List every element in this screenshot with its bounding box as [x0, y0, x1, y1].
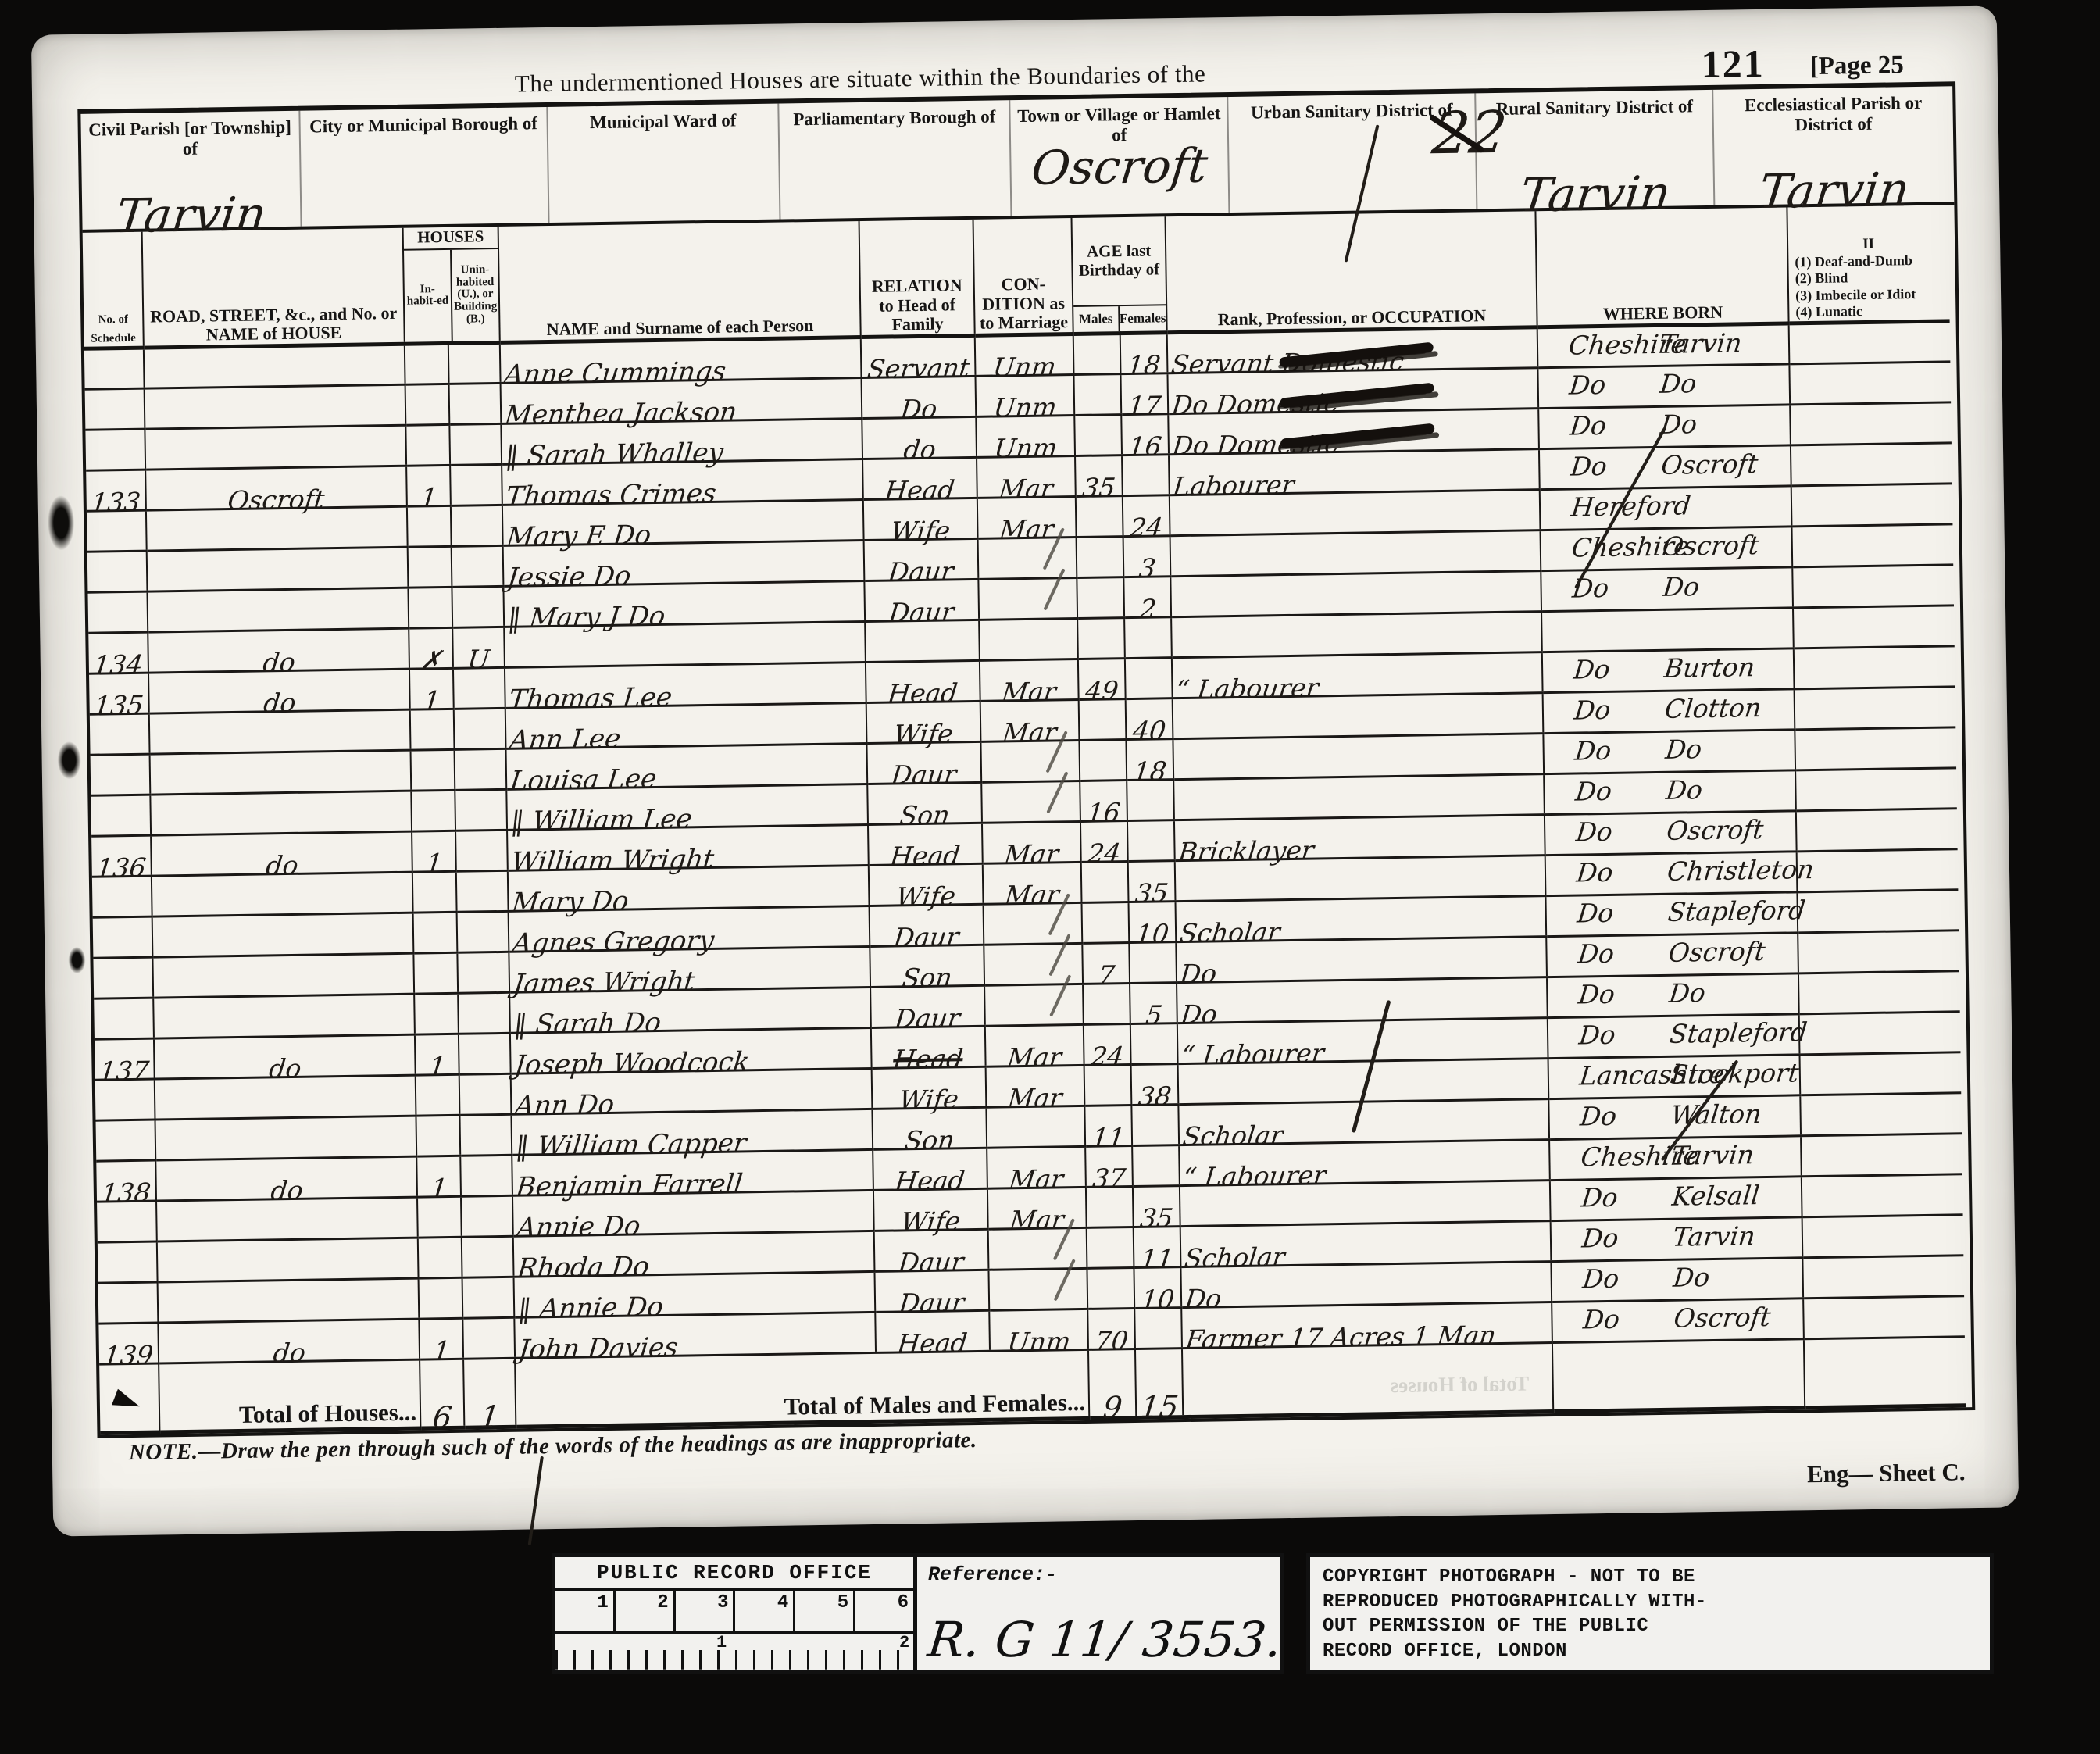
- cell-infirmity: [1792, 565, 1954, 608]
- cell-inhabited: [413, 912, 458, 953]
- totals-born-cell: [1552, 1339, 1805, 1412]
- header-houses-group: HOUSES In-habit-ed Unin-habited (U.), or…: [403, 227, 500, 344]
- town-village-value: Oscroft: [1009, 142, 1230, 192]
- born-county: Do: [1574, 861, 1615, 901]
- total-houses-inhabited: 6: [420, 1359, 464, 1428]
- cell-uninhabited: [455, 748, 507, 790]
- cell-schedule: [93, 957, 153, 998]
- header-name: NAME and Surname of each Person: [498, 221, 861, 342]
- reference-label: Reference:-: [917, 1557, 1280, 1586]
- cell-age-male: [1082, 902, 1130, 944]
- cell-age-male: [1079, 740, 1127, 781]
- cell-age-male: 11: [1084, 1106, 1132, 1147]
- cell-infirmity: [1794, 646, 1955, 689]
- ecclesiastical-parish-value: Tarvin: [1712, 166, 1956, 216]
- cell-road: [153, 994, 415, 1038]
- cell-occupation: [1171, 612, 1542, 658]
- census-table: No. of Schedule ROAD, STREET, &c., and N…: [83, 205, 1966, 1434]
- cell-uninhabited: [462, 1317, 515, 1359]
- born-county: Do: [1573, 820, 1614, 860]
- born-county: Do: [1573, 739, 1613, 779]
- cell-infirmity: [1800, 1052, 1962, 1095]
- cell-born: DoOscroft: [1552, 1299, 1804, 1343]
- born-place: Oscroft: [1671, 1306, 1772, 1346]
- header-infirmities: II (1) Deaf-and-Dumb (2) Blind (3) Imbec…: [1787, 205, 1949, 323]
- born-place: Oscroft: [1659, 534, 1760, 574]
- born-place: Oscroft: [1663, 818, 1764, 859]
- cell-born: Hereford: [1540, 486, 1792, 530]
- ruler-number: 1: [555, 1591, 616, 1631]
- cell-condition: Mar: [985, 1024, 1084, 1066]
- cell-uninhabited: [457, 952, 509, 993]
- header-females: Females: [1120, 305, 1166, 331]
- cell-age-male: 24: [1084, 1024, 1131, 1066]
- cell-inhabited: 1: [416, 1156, 461, 1197]
- ruler-sub-number: 1: [716, 1633, 727, 1652]
- cell-road: do: [151, 831, 412, 876]
- reference-box: Reference:- R. G 11/ 3553.: [917, 1553, 1284, 1674]
- cell-born: CheshireTarvin: [1537, 323, 1790, 368]
- cell-inhabited: 1: [415, 1034, 459, 1075]
- born-place: Christleton: [1664, 858, 1815, 899]
- cell-occupation: “ Labourer: [1172, 652, 1543, 698]
- pro-office-box: PUBLIC RECORD OFFICE 1 2 3 4 5 6 1 2: [552, 1553, 917, 1674]
- born-county: Do: [1567, 373, 1608, 413]
- cell-inhabited: [408, 546, 452, 588]
- born-place: Walton: [1668, 1102, 1762, 1143]
- cell-road: [147, 588, 409, 632]
- census-form: The undermentioned Houses are situate wi…: [77, 36, 1973, 1493]
- ink-blob: [68, 947, 86, 973]
- header-age-title: AGE last Birthday of: [1073, 216, 1166, 305]
- cell-infirmity: [1797, 890, 1959, 933]
- cell-road: [150, 750, 412, 795]
- cell-occupation: Scholar: [1180, 1221, 1552, 1267]
- ecclesiastical-parish-label: Ecclesiastical Parish or District of: [1714, 91, 1953, 137]
- district-header-band: Civil Parish [or Township] of Tarvin Cit…: [80, 86, 1954, 233]
- cell-inhabited: [405, 384, 450, 425]
- born-place: Do: [1666, 981, 1706, 1021]
- ruler-number: 2: [616, 1591, 676, 1631]
- cell-name: Anne Cummings: [500, 338, 862, 384]
- cell-inhabited: [414, 993, 459, 1034]
- born-county: Do: [1580, 1308, 1621, 1348]
- header-uninhabited: Unin-habited (U.), or Building (B.): [452, 248, 499, 341]
- form-border-box: Civil Parish [or Township] of Tarvin Cit…: [77, 81, 1975, 1438]
- cell-uninhabited: [458, 992, 510, 1034]
- pro-office-title: PUBLIC RECORD OFFICE: [555, 1557, 913, 1584]
- total-houses-label: Total of Houses...: [159, 1359, 420, 1432]
- born-place: Tarvin: [1670, 1224, 1756, 1265]
- ruler-number: 6: [855, 1591, 913, 1631]
- rural-sanitary-value: Tarvin: [1475, 170, 1716, 220]
- cell-occupation: Servant Domestic: [1167, 327, 1538, 373]
- cell-infirmity: [1790, 402, 1952, 445]
- cell-inhabited: [411, 749, 455, 791]
- cell-infirmity: [1801, 1134, 1962, 1177]
- cell-uninhabited: [456, 870, 509, 912]
- municipal-ward-cell: Municipal Ward of: [548, 104, 780, 223]
- cell-age-male: [1077, 618, 1125, 659]
- ruler-sub-number: 2: [899, 1633, 909, 1652]
- cell-age-female: 35: [1133, 1186, 1180, 1227]
- civil-parish-value: Tarvin: [80, 191, 302, 241]
- infirmity-item: (1) Deaf-and-Dumb: [1795, 252, 1945, 270]
- cell-road: [152, 953, 414, 998]
- cell-road: Oscroft: [145, 466, 407, 510]
- scanned-census-page: { "page": { "title": "The undermentioned…: [0, 0, 2100, 1754]
- cell-relation: Servant: [861, 335, 976, 377]
- born-county: Do: [1567, 414, 1608, 454]
- cell-born: DoStapleford: [1548, 1014, 1800, 1059]
- cell-road: [144, 344, 405, 388]
- cell-occupation: [1170, 530, 1541, 577]
- ink-blob: [57, 741, 81, 779]
- cell-occupation: Scholar: [1176, 896, 1547, 942]
- cell-age-female: 40: [1126, 698, 1173, 740]
- cell-schedule: 138: [96, 1160, 156, 1202]
- cell-schedule: [96, 1120, 156, 1161]
- cell-condition: Mar: [982, 821, 1081, 863]
- pro-stamp: PUBLIC RECORD OFFICE 1 2 3 4 5 6 1 2 Ref…: [552, 1553, 1994, 1674]
- born-place: Do: [1663, 778, 1704, 818]
- cell-age-male: [1087, 1268, 1134, 1309]
- cell-schedule: [85, 429, 145, 470]
- cell-schedule: [87, 591, 148, 633]
- municipal-ward-label: Municipal Ward of: [548, 109, 778, 134]
- cell-schedule: [84, 348, 145, 389]
- infirmity-title: II: [1791, 235, 1945, 254]
- cell-road: [145, 384, 406, 429]
- ruler-ticks: 1 2: [555, 1634, 913, 1670]
- pen-arrow-mark: [112, 1389, 143, 1415]
- cell-condition: Unm: [975, 334, 1074, 377]
- cell-occupation: “ Labourer: [1177, 1018, 1548, 1064]
- header-males: Males: [1073, 306, 1120, 332]
- cell-uninhabited: [460, 1155, 512, 1196]
- born-place: Do: [1660, 575, 1701, 615]
- born-county: Do: [1577, 1023, 1617, 1063]
- cell-condition: [988, 1268, 1087, 1310]
- cell-born: DoDo: [1543, 730, 1795, 774]
- born-place: Do: [1670, 1266, 1711, 1306]
- born-place: Tarvin: [1656, 331, 1743, 371]
- cell-name: Thomas Lee: [505, 663, 866, 709]
- born-county: Do: [1578, 1105, 1619, 1145]
- infirmity-item: (4) Lunatic: [1795, 302, 1946, 321]
- cell-uninhabited: [457, 911, 509, 952]
- born-place: Stapleford: [1665, 898, 1806, 940]
- header-where-born: WHERE BORN: [1535, 207, 1788, 327]
- born-place: Burton: [1661, 656, 1755, 696]
- cell-condition: Unm: [989, 1309, 1088, 1351]
- cell-uninhabited: [448, 342, 501, 384]
- cell-condition: [979, 618, 1078, 660]
- parliamentary-borough-cell: Parliamentary Borough of: [779, 100, 1012, 219]
- born-county: Do: [1575, 942, 1616, 982]
- cell-infirmity: [1789, 321, 1951, 364]
- cell-schedule: [85, 388, 145, 430]
- cell-age-male: 16: [1080, 781, 1127, 822]
- cell-born: DoDo: [1551, 1258, 1803, 1302]
- cell-occupation: [1170, 571, 1541, 617]
- cell-born: DoKelsall: [1550, 1177, 1802, 1221]
- cell-condition: [978, 577, 1077, 620]
- born-county: Do: [1580, 1267, 1621, 1307]
- cell-infirmity: [1795, 687, 1956, 730]
- cell-age-female: 18: [1120, 333, 1168, 374]
- cell-uninhabited: [454, 708, 506, 749]
- cell-age-female: 35: [1128, 861, 1176, 902]
- cell-age-female: 24: [1123, 495, 1170, 537]
- bleed-through-text: Total of Houses: [1390, 1372, 1529, 1399]
- cell-age-male: [1077, 577, 1124, 619]
- scanned-paper: The undermentioned Houses are situate wi…: [31, 5, 2019, 1536]
- cell-born: DoClotton: [1543, 689, 1795, 734]
- cell-inhabited: [405, 343, 449, 384]
- born-county: Do: [1579, 1186, 1620, 1226]
- born-county: Do: [1573, 780, 1613, 820]
- pen-stroke: [528, 1456, 544, 1545]
- municipal-borough-cell: City or Municipal Borough of: [300, 107, 549, 227]
- cell-uninhabited: [459, 1073, 512, 1115]
- cell-uninhabited: [461, 1195, 513, 1237]
- cell-schedule: [91, 754, 151, 795]
- cell-inhabited: 1: [419, 1318, 463, 1359]
- cell-age-female: 5: [1130, 983, 1177, 1024]
- cell-schedule: 134: [88, 632, 148, 673]
- cell-born: DoDo: [1537, 364, 1790, 409]
- cell-uninhabited: [462, 1277, 515, 1318]
- cell-infirmity: [1802, 1215, 1964, 1258]
- cell-infirmity: [1798, 971, 1960, 1014]
- cell-condition: Mar: [987, 1146, 1086, 1188]
- cell-condition: Mar: [980, 659, 1079, 701]
- parliamentary-borough-label: Parliamentary Borough of: [780, 105, 1010, 130]
- header-condition: CON-DITION as to Marriage: [973, 218, 1073, 335]
- totals-infirmity-cell: [1804, 1337, 1966, 1408]
- cell-condition: [984, 984, 1084, 1026]
- sheet-label: Eng— Sheet C.: [1807, 1458, 1966, 1488]
- cell-schedule: 139: [98, 1323, 159, 1364]
- copyright-line: RECORD OFFICE, LONDON: [1323, 1639, 1990, 1664]
- civil-parish-label: Civil Parish [or Township] of: [80, 116, 299, 162]
- cell-infirmity: [1791, 484, 1953, 527]
- cell-inhabited: ✗: [409, 627, 453, 669]
- cell-inhabited: [405, 424, 450, 466]
- cell-road: [157, 1238, 419, 1282]
- ruler-number: 5: [795, 1591, 855, 1631]
- town-village-cell: Town or Village or Hamlet of Oscroft: [1011, 97, 1230, 216]
- ecclesiastical-parish-cell: Ecclesiastical Parish or District of Tar…: [1713, 86, 1954, 205]
- cell-age-male: 35: [1075, 455, 1123, 497]
- ink-blob: [48, 495, 75, 550]
- cell-infirmity: [1803, 1296, 1965, 1339]
- cell-uninhabited: [459, 1114, 512, 1156]
- born-county: Do: [1568, 455, 1609, 495]
- cell-uninhabited: [455, 789, 507, 831]
- cell-road: [155, 1116, 416, 1160]
- born-county: Hereford: [1569, 494, 1692, 534]
- urban-sanitary-cell: Urban Sanitary District of 22: [1228, 93, 1477, 213]
- cell-infirmity: [1791, 443, 1952, 486]
- born-place: Do: [1662, 738, 1703, 777]
- cell-uninhabited: [459, 1033, 511, 1074]
- born-place: Tarvin: [1668, 1143, 1755, 1184]
- total-males: 9: [1088, 1349, 1136, 1418]
- cell-inhabited: [411, 790, 455, 831]
- total-houses-uninhabited: 1: [463, 1358, 516, 1427]
- cell-inhabited: [413, 952, 458, 994]
- cell-inhabited: [416, 1115, 460, 1156]
- cell-schedule: [98, 1241, 158, 1283]
- copyright-line: COPYRIGHT PHOTOGRAPH - NOT TO BE: [1323, 1565, 1990, 1590]
- cell-born: DoOscroft: [1546, 933, 1798, 977]
- cell-inhabited: [408, 587, 452, 628]
- cell-inhabited: [418, 1237, 462, 1278]
- infirmity-item: (3) Imbecile or Idiot: [1795, 285, 1946, 304]
- cell-road: [147, 547, 409, 591]
- rural-sanitary-label: Rural Sanitary District of: [1477, 95, 1712, 120]
- census-rows: Anne CummingsServantUnm18Servant Domesti…: [84, 321, 1965, 1364]
- born-county: Do: [1576, 983, 1616, 1023]
- cell-road: do: [148, 628, 409, 673]
- copyright-line: OUT PERMISSION OF THE PUBLIC: [1323, 1614, 1990, 1639]
- cell-infirmity: [1797, 849, 1959, 892]
- cell-age-female: 38: [1131, 1064, 1179, 1106]
- cell-road: [150, 791, 412, 835]
- copyright-line: REPRODUCED PHOTOGRAPHICALLY WITH-: [1323, 1590, 1990, 1615]
- cell-road: [158, 1278, 420, 1323]
- cell-age-male: [1077, 537, 1124, 578]
- born-place: Do: [1657, 372, 1698, 412]
- cell-infirmity: [1789, 362, 1951, 405]
- cell-road: do: [154, 1034, 416, 1079]
- form-title: The undermentioned Houses are situate wi…: [515, 59, 1206, 98]
- cell-schedule: 136: [91, 835, 152, 877]
- cell-uninhabited: [451, 505, 503, 546]
- cell-born: DoDo: [1541, 567, 1793, 612]
- cell-born: DoTarvin: [1551, 1217, 1803, 1262]
- cell-age-male: 7: [1082, 943, 1130, 984]
- cell-infirmity: [1795, 727, 1956, 770]
- born-place: Stapleford: [1666, 1020, 1808, 1062]
- cell-schedule: [91, 795, 151, 836]
- cell-uninhabited: [449, 423, 502, 465]
- header-road: ROAD, STREET, &c., and No. or NAME of HO…: [142, 228, 405, 348]
- header-age-group: AGE last Birthday of Males Females: [1072, 216, 1167, 334]
- cell-born: DoOscroft: [1539, 445, 1791, 490]
- cell-occupation: Scholar: [1178, 1099, 1549, 1145]
- cell-inhabited: 1: [412, 831, 456, 872]
- born-place: Oscroft: [1666, 940, 1766, 981]
- cell-schedule: [93, 916, 153, 958]
- header-houses-title: HOUSES: [404, 227, 498, 250]
- cell-age-male: 70: [1087, 1308, 1135, 1349]
- cell-condition: [981, 781, 1080, 823]
- cell-infirmity: [1802, 1256, 1964, 1299]
- cell-occupation: [1173, 734, 1544, 780]
- cell-road: do: [158, 1319, 420, 1363]
- cell-infirmity: [1798, 931, 1959, 973]
- cell-age-male: [1074, 415, 1122, 456]
- cell-infirmity: [1793, 606, 1955, 648]
- cell-age-female: [1127, 820, 1175, 862]
- cell-inhabited: [419, 1277, 463, 1319]
- civil-parish-cell: Civil Parish [or Township] of Tarvin: [80, 111, 302, 230]
- cell-relation: Head: [866, 660, 980, 702]
- municipal-borough-label: City or Municipal Borough of: [300, 112, 547, 138]
- cell-inhabited: 1: [406, 465, 451, 506]
- born-place: Kelsall: [1669, 1184, 1760, 1224]
- reference-value: R. G 11/ 3553.: [925, 1611, 1284, 1668]
- cell-infirmity: [1795, 768, 1957, 811]
- cell-age-female: [1125, 658, 1173, 699]
- cell-born: CheshireOscroft: [1541, 527, 1793, 571]
- cell-uninhabited: [452, 586, 504, 627]
- cell-occupation: Do: [1177, 977, 1548, 1023]
- cell-born: LancashireStockport: [1548, 1055, 1801, 1099]
- cell-infirmity: [1796, 809, 1958, 852]
- cell-infirmity: [1791, 524, 1953, 567]
- cell-uninhabited: [455, 830, 508, 871]
- header-inhabited: In-habit-ed: [404, 249, 453, 341]
- header-relation: RELATION to Head of Family: [859, 220, 975, 338]
- cell-schedule: [87, 551, 148, 592]
- born-county: Do: [1571, 658, 1612, 698]
- cell-infirmity: [1800, 1093, 1962, 1136]
- cell-infirmity: [1799, 1012, 1961, 1055]
- cell-schedule: [98, 1282, 159, 1324]
- cell-age-male: [1073, 334, 1121, 375]
- total-females: 15: [1135, 1349, 1183, 1418]
- ruler-number: 4: [735, 1591, 795, 1631]
- cell-age-male: 49: [1078, 659, 1126, 700]
- ruler-number: 3: [676, 1591, 736, 1631]
- cell-born: DoDo: [1544, 770, 1796, 815]
- copyright-box: COPYRIGHT PHOTOGRAPH - NOT TO BE REPRODU…: [1306, 1553, 1994, 1674]
- cell-road: [145, 425, 406, 470]
- cell-road: [152, 913, 414, 957]
- rural-sanitary-cell: Rural Sanitary District of Tarvin: [1477, 90, 1716, 209]
- cell-uninhabited: [450, 464, 502, 505]
- infirmity-item: (2) Blind: [1795, 269, 1946, 288]
- cell-road: do: [155, 1156, 417, 1201]
- cell-schedule: [94, 998, 154, 1039]
- page-number: 121: [1701, 41, 1765, 87]
- cell-born: DoStapleford: [1545, 892, 1798, 937]
- cell-occupation: [1173, 774, 1545, 820]
- totals-arrow-cell: [99, 1363, 159, 1433]
- born-place: Clotton: [1662, 696, 1762, 737]
- born-place: Oscroft: [1658, 452, 1759, 493]
- cell-occupation: Bricklayer: [1174, 815, 1545, 861]
- cell-occupation: Farmer 17 Acres 1 Man: [1181, 1302, 1552, 1349]
- cell-schedule: 137: [95, 1038, 155, 1080]
- cell-schedule: 133: [86, 470, 146, 511]
- cell-uninhabited: [449, 383, 502, 424]
- page-label: [Page 25: [1809, 51, 1904, 81]
- born-county: Do: [1580, 1227, 1620, 1266]
- cell-born: DoChristleton: [1545, 852, 1798, 896]
- stamp-gap: [1284, 1553, 1306, 1674]
- header-schedule: No. of Schedule: [83, 232, 144, 349]
- born-county: Do: [1575, 902, 1616, 941]
- cell-born: DoBurton: [1542, 648, 1795, 693]
- cell-age-male: [1087, 1227, 1134, 1269]
- cell-uninhabited: [452, 545, 504, 587]
- cell-uninhabited: U: [452, 627, 505, 668]
